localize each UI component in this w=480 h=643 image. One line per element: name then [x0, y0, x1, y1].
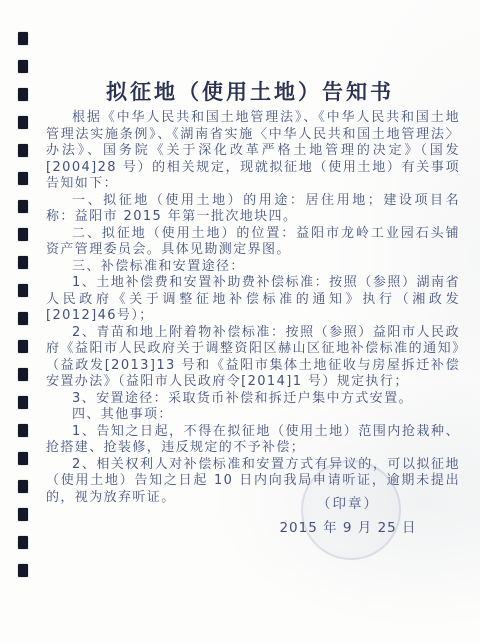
- document-date: 2015 年 9 月 25 日: [278, 516, 418, 540]
- paragraph: 三、补偿标准和安置途径：: [46, 259, 460, 276]
- paragraph: 一、拟征地（使用土地）的用途：居住用地；建设项目名称：益阳市 2015 年第一批…: [46, 193, 460, 226]
- binding-mark: [18, 88, 28, 101]
- binding-mark: [18, 116, 28, 129]
- binding-mark: [18, 452, 28, 465]
- binding-mark: [18, 424, 28, 437]
- paragraph: 四、其他事项：: [46, 407, 460, 424]
- binding-mark: [18, 32, 28, 45]
- binding-mark: [18, 144, 28, 157]
- signature-block: （印章） 2015 年 9 月 25 日: [278, 492, 418, 540]
- document-body: 根据《中华人民共和国土地管理法》、《中华人民共和国土地管理法实施条例》、《湖南省…: [46, 110, 460, 506]
- paragraph: 二、拟征地（使用土地）的位置：益阳市龙岭工业园石头铺资产管理委员会。具体见勘测定…: [46, 226, 460, 259]
- binding-mark: [18, 480, 28, 493]
- binding-mark: [18, 536, 28, 549]
- binding-marks: [18, 32, 29, 592]
- binding-mark: [18, 396, 28, 409]
- binding-mark: [18, 368, 28, 381]
- document-page: 拟征地（使用土地）告知书 根据《中华人民共和国土地管理法》、《中华人民共和国土地…: [0, 0, 480, 643]
- binding-mark: [18, 340, 28, 353]
- binding-mark: [18, 172, 28, 185]
- binding-mark: [18, 312, 28, 325]
- binding-mark: [18, 284, 28, 297]
- paragraph: 3、安置途径：采取货币补偿和拆迁户集中方式安置。: [46, 391, 460, 408]
- seal-placeholder-label: （印章）: [278, 492, 418, 516]
- paragraph: 1、告知之日起，不得在拟征地（使用土地）范围内抢栽种、抢搭建、抢装修，违反规定的…: [46, 424, 460, 457]
- binding-mark: [18, 256, 28, 269]
- paragraph: 1、土地补偿费和安置补助费补偿标准：按照（参照）湖南省人民政府《关于调整征地补偿…: [46, 275, 460, 325]
- binding-mark: [18, 228, 28, 241]
- binding-mark: [18, 564, 28, 577]
- binding-mark: [18, 200, 28, 213]
- document-title: 拟征地（使用土地）告知书: [30, 76, 470, 106]
- binding-mark: [18, 508, 28, 521]
- paragraph: 根据《中华人民共和国土地管理法》、《中华人民共和国土地管理法实施条例》、《湖南省…: [46, 110, 460, 193]
- paragraph: 2、青苗和地上附着物补偿标准：按照（参照）益阳市人民政府《益阳市人民政府关于调整…: [46, 325, 460, 391]
- binding-mark: [18, 60, 28, 73]
